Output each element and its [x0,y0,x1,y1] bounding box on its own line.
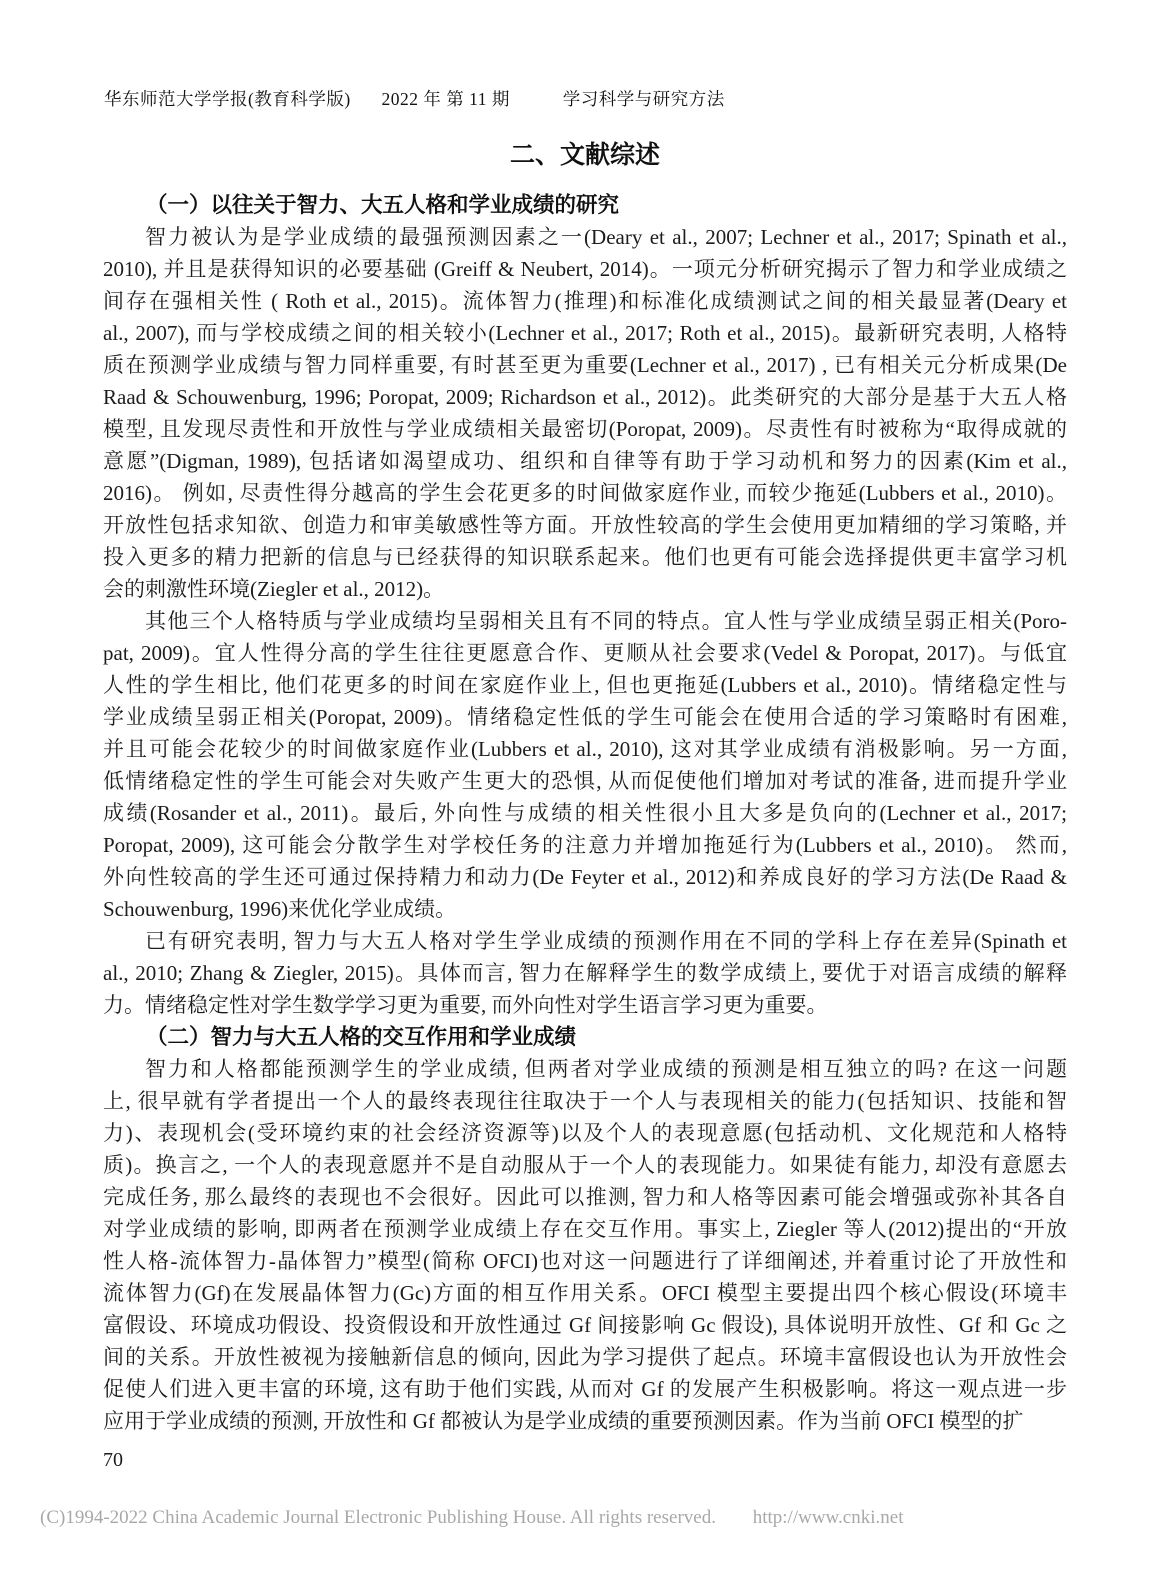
paragraph-line: Poropat, 2009), 这可能会分散学生对学校任务的注意力并增加拖延行为… [103,829,1067,861]
paragraph-line: 应用于学业成绩的预测, 开放性和 Gf 都被认为是学业成绩的重要预测因素。作为当… [103,1405,1067,1437]
paragraph-line: 间的关系。开放性被视为接触新信息的倾向, 因此为学习提供了起点。环境丰富假设也认… [103,1341,1067,1373]
paragraph-line: 力)、表现机会(受环境约束的社会经济资源等)以及个人的表现意愿(包括动机、文化规… [103,1117,1067,1149]
copyright-footer: (C)1994-2022 China Academic Journal Elec… [40,1507,903,1529]
paragraph-line: 成绩(Rosander et al., 2011)。最后, 外向性与成绩的相关性… [103,797,1067,829]
paragraph-line: 完成任务, 那么最终的表现也不会很好。因此可以推测, 智力和人格等因素可能会增强… [103,1181,1067,1213]
paragraph-line: 富假设、环境成功假设、投资假设和开放性通过 Gf 间接影响 Gc 假设), 具体… [103,1309,1067,1341]
paragraph-line: 力。情绪稳定性对学生数学学习更为重要, 而外向性对学生语言学习更为重要。 [103,989,1067,1021]
paragraph-line: Raad & Schouwenburg, 1996; Poropat, 2009… [103,381,1067,413]
section-heading: （一）以往关于智力、大五人格和学业成绩的研究 [103,189,1067,221]
section-heading: （二）智力与大五人格的交互作用和学业成绩 [103,1021,1067,1053]
paragraph-line: 上, 很早就有学者提出一个人的最终表现往往取决于一个人与表现相关的能力(包括知识… [103,1085,1067,1117]
paragraph-line: 投入更多的精力把新的信息与已经获得的知识联系起来。他们也更有可能会选择提供更丰富… [103,541,1067,573]
paragraph-line: 学业成绩呈弱正相关(Poropat, 2009)。情绪稳定性低的学生可能会在使用… [103,701,1067,733]
running-header: 华东师范大学学报(教育科学版) 2022 年 第 11 期 学习科学与研究方法 [104,86,725,111]
journal-page: 华东师范大学学报(教育科学版) 2022 年 第 11 期 学习科学与研究方法 … [0,0,1169,1572]
copyright-text: (C)1994-2022 China Academic Journal Elec… [40,1507,716,1528]
article-content: 二、文献综述 （一）以往关于智力、大五人格和学业成绩的研究智力被认为是学业成绩的… [103,139,1067,1475]
article-body: （一）以往关于智力、大五人格和学业成绩的研究智力被认为是学业成绩的最强预测因素之… [103,189,1067,1437]
paragraph-line: 质在预测学业成绩与智力同样重要, 有时甚至更为重要(Lechner et al.… [103,349,1067,381]
journal-name: 华东师范大学学报(教育科学版) [104,89,351,109]
paragraph-line: 性人格-流体智力-晶体智力”模型(简称 OFCI)也对这一问题进行了详细阐述, … [103,1245,1067,1277]
column-name: 学习科学与研究方法 [563,89,725,109]
paragraph-line: 2010), 并且是获得知识的必要基础 (Greiff & Neubert, 2… [103,253,1067,285]
section-title: 二、文献综述 [103,139,1067,171]
issue-info: 2022 年 第 11 期 [382,89,510,109]
paragraph-line: 并且可能会花较少的时间做家庭作业(Lubbers et al., 2010), … [103,733,1067,765]
paragraph-line: 流体智力(Gf)在发展晶体智力(Gc)方面的相互作用关系。OFCI 模型主要提出… [103,1277,1067,1309]
paragraph-line: 模型, 且发现尽责性和开放性与学业成绩相关最密切(Poropat, 2009)。… [103,413,1067,445]
paragraph-line: 间存在强相关性 ( Roth et al., 2015)。流体智力(推理)和标准… [103,285,1067,317]
paragraph-line: 低情绪稳定性的学生可能会对失败产生更大的恐惧, 从而促使他们增加对考试的准备, … [103,765,1067,797]
page-number: 70 [103,1445,1067,1475]
paragraph-line: 开放性包括求知欲、创造力和审美敏感性等方面。开放性较高的学生会使用更加精细的学习… [103,509,1067,541]
paragraph-line: Schouwenburg, 1996)来优化学业成绩。 [103,893,1067,925]
paragraph-line: 促使人们进入更丰富的环境, 这有助于他们实践, 从而对 Gf 的发展产生积极影响… [103,1373,1067,1405]
paragraph-line: 2016)。 例如, 尽责性得分越高的学生会花更多的时间做家庭作业, 而较少拖延… [103,477,1067,509]
paragraph-line: 质)。换言之, 一个人的表现意愿并不是自动服从于一个人的表现能力。如果徒有能力,… [103,1149,1067,1181]
paragraph-line: 人性的学生相比, 他们花更多的时间在家庭作业上, 但也更拖延(Lubbers e… [103,669,1067,701]
paragraph-line: 意愿”(Digman, 1989), 包括诸如渴望成功、组织和自律等有助于学习动… [103,445,1067,477]
paragraph-line: 已有研究表明, 智力与大五人格对学生学业成绩的预测作用在不同的学科上存在差异(S… [103,925,1067,957]
paragraph-line: al., 2010; Zhang & Ziegler, 2015)。具体而言, … [103,957,1067,989]
paragraph-line: 智力和人格都能预测学生的学业成绩, 但两者对学业成绩的预测是相互独立的吗? 在这… [103,1053,1067,1085]
paragraph-line: 对学业成绩的影响, 即两者在预测学业成绩上存在交互作用。事实上, Ziegler… [103,1213,1067,1245]
paragraph-line: al., 2007), 而与学校成绩之间的相关较小(Lechner et al.… [103,317,1067,349]
paragraph-line: 外向性较高的学生还可通过保持精力和动力(De Feyter et al., 20… [103,861,1067,893]
paragraph-line: 其他三个人格特质与学业成绩均呈弱相关且有不同的特点。宜人性与学业成绩呈弱正相关(… [103,605,1067,637]
cnki-url: http://www.cnki.net [753,1507,904,1528]
paragraph-line: pat, 2009)。宜人性得分高的学生往往更愿意合作、更顺从社会要求(Vede… [103,637,1067,669]
paragraph-line: 会的刺激性环境(Ziegler et al., 2012)。 [103,573,1067,605]
paragraph-line: 智力被认为是学业成绩的最强预测因素之一(Deary et al., 2007; … [103,221,1067,253]
